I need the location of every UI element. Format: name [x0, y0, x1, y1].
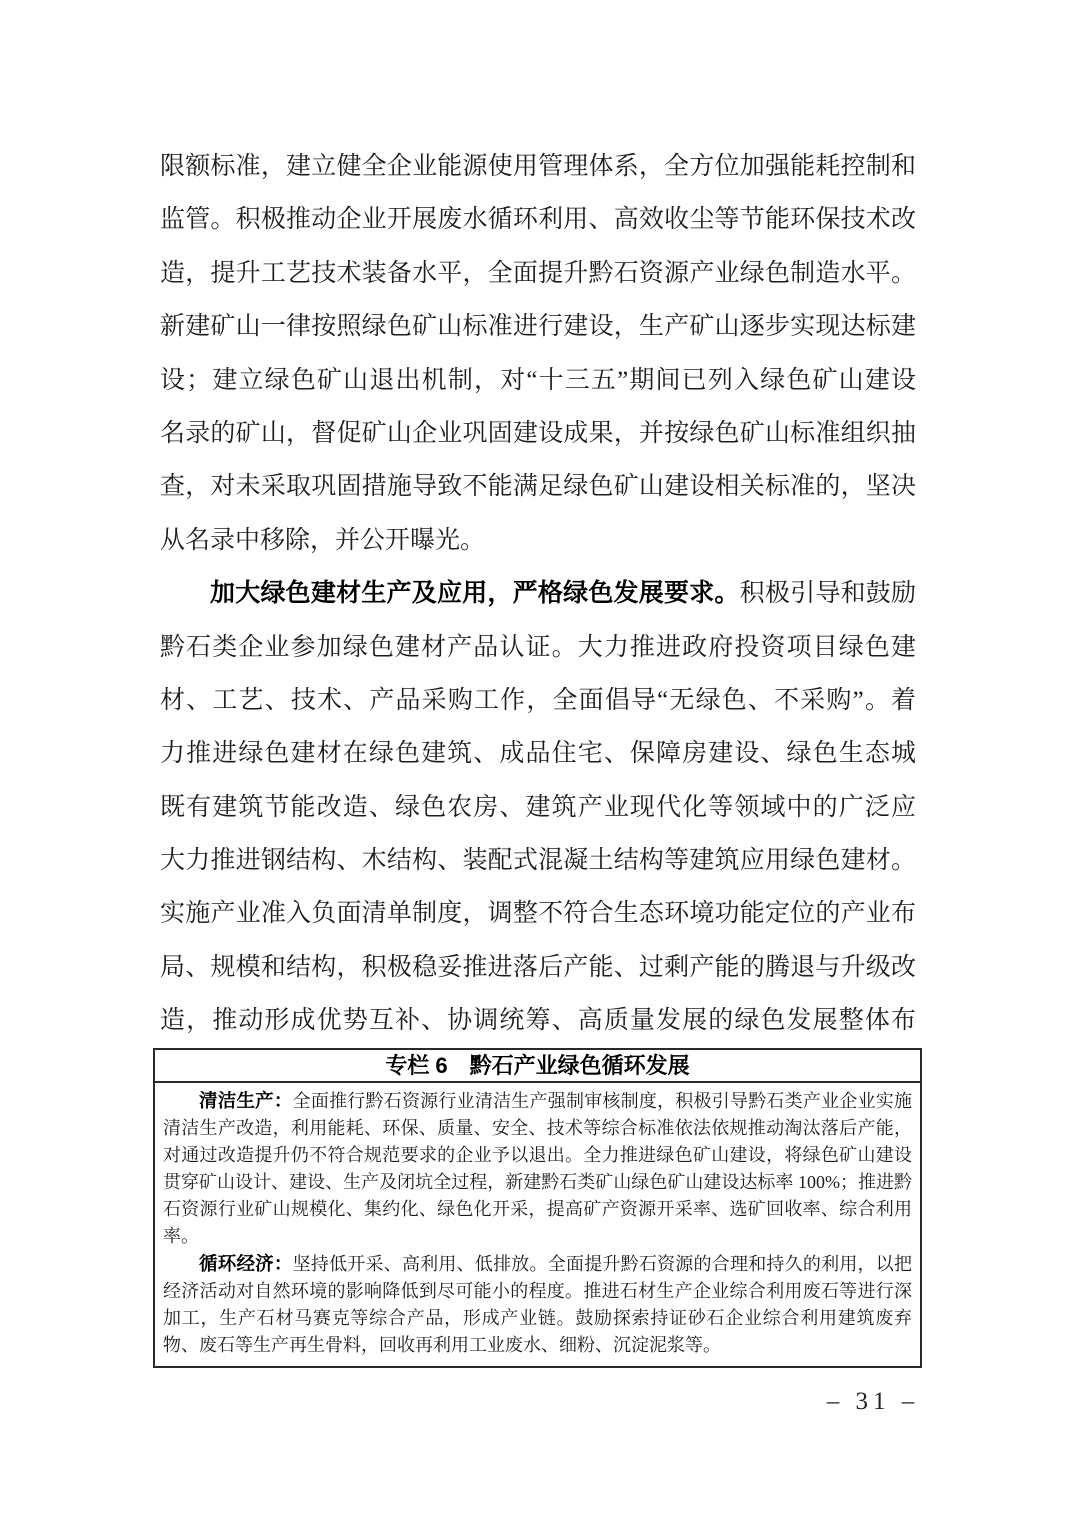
panel-paragraph-circular-economy: 循环经济：坚持低开采、高利用、低排放。全面提升黔石资源的合理和持久的利用，以把经… — [163, 1250, 912, 1359]
text-line: 既有建筑节能改造、绿色农房、建筑产业现代化等领域中的广泛应用， — [160, 781, 916, 834]
text-line: 局、规模和结构，积极稳妥推进落后产能、过剩产能的腾退与升级改 — [160, 941, 916, 994]
text-line: 造，推动形成优势互补、协调统筹、高质量发展的绿色发展整体布局。 — [160, 994, 916, 1047]
text-line: 从名录中移除，并公开曝光。 — [160, 514, 916, 567]
text-line: 大力推进钢结构、木结构、装配式混凝土结构等建筑应用绿色建材。 — [160, 834, 916, 887]
panel-section-label: 清洁生产： — [199, 1090, 293, 1111]
panel-title: 专栏 6 黔石产业绿色循环发展 — [155, 1050, 920, 1083]
panel-section-label: 循环经济： — [199, 1253, 293, 1274]
paragraph-1: 限额标准，建立健全企业能源使用管理体系，全方位加强能耗控制和监管。积极推动企业开… — [160, 140, 916, 567]
column-box-6: 专栏 6 黔石产业绿色循环发展 清洁生产：全面推行黔石资源行业清洁生产强制审核制… — [153, 1048, 922, 1368]
text-line: 监管。积极推动企业开展废水循环利用、高效收尘等节能环保技术改 — [160, 193, 916, 246]
text-line: 力推进绿色建材在绿色建筑、成品住宅、保障房建设、绿色生态城区、 — [160, 727, 916, 780]
text-line: 实施产业准入负面清单制度，调整不符合生态环境功能定位的产业布 — [160, 887, 916, 940]
text-line: 加大绿色建材生产及应用，严格绿色发展要求。积极引导和鼓励 — [160, 567, 916, 620]
text-line: 造，提升工艺技术装备水平，全面提升黔石资源产业绿色制造水平。 — [160, 247, 916, 300]
body-text: 限额标准，建立健全企业能源使用管理体系，全方位加强能耗控制和监管。积极推动企业开… — [160, 140, 916, 1048]
paragraph-lead-rest: 积极引导和鼓励 — [740, 580, 916, 607]
text-line: 查，对未采取巩固措施导致不能满足绿色矿山建设相关标准的，坚决 — [160, 460, 916, 513]
paragraph-lead-bold: 加大绿色建材生产及应用，严格绿色发展要求。 — [210, 579, 740, 607]
panel-paragraph-clean-production: 清洁生产：全面推行黔石资源行业清洁生产强制审核制度，积极引导黔石类产业企业实施清… — [163, 1087, 912, 1250]
text-line: 限额标准，建立健全企业能源使用管理体系，全方位加强能耗控制和 — [160, 140, 916, 193]
page-number: – 31 – — [818, 1388, 928, 1416]
text-line: 黔石类企业参加绿色建材产品认证。大力推进政府投资项目绿色建 — [160, 621, 916, 674]
paragraph-2: 加大绿色建材生产及应用，严格绿色发展要求。积极引导和鼓励 黔石类企业参加绿色建材… — [160, 567, 916, 1048]
text-line: 材、工艺、技术、产品采购工作，全面倡导“无绿色、不采购”。着 — [160, 674, 916, 727]
text-line: 新建矿山一律按照绿色矿山标准进行建设，生产矿山逐步实现达标建 — [160, 300, 916, 353]
panel-body: 清洁生产：全面推行黔石资源行业清洁生产强制审核制度，积极引导黔石类产业企业实施清… — [155, 1083, 920, 1366]
document-page: 限额标准，建立健全企业能源使用管理体系，全方位加强能耗控制和监管。积极推动企业开… — [0, 0, 1074, 1520]
text-line: 名录的矿山，督促矿山企业巩固建设成果，并按绿色矿山标准组织抽 — [160, 407, 916, 460]
paragraph-2-rest: 黔石类企业参加绿色建材产品认证。大力推进政府投资项目绿色建材、工艺、技术、产品采… — [160, 621, 916, 1048]
text-line: 设；建立绿色矿山退出机制，对“十三五”期间已列入绿色矿山建设 — [160, 354, 916, 407]
panel-section-text: 全面推行黔石资源行业清洁生产强制审核制度，积极引导黔石类产业企业实施清洁生产改造… — [163, 1091, 912, 1246]
